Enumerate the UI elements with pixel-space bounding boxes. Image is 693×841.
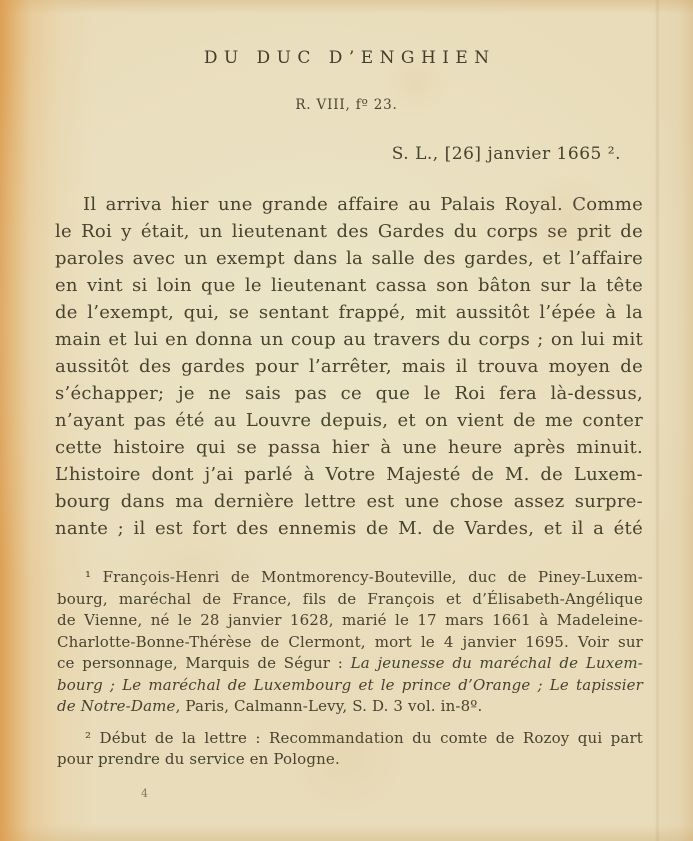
text-line: paroles avec un exempt dans la salle des…: [55, 245, 643, 272]
text-line: de l’exempt, qui, se sentant frappé, mit…: [55, 299, 643, 326]
text-segment: en vint si loin que le lieutenant cassa …: [55, 275, 643, 296]
text-line: nante ; il est fort des ennemis de M. de…: [55, 515, 643, 542]
text-line: de Vienne, né le 28 janvier 1628, marié …: [57, 610, 643, 632]
text-segment: aussitôt des gardes pour l’arrêter, mais…: [55, 356, 643, 377]
text-segment: L’histoire dont j’ai parlé à Votre Majes…: [55, 464, 643, 485]
text-line: de Notre-Dame, Paris, Calmann-Levy, S. D…: [57, 696, 643, 718]
text-line: en vint si loin que le lieutenant cassa …: [55, 272, 643, 299]
text-segment: Il arriva hier une grande affaire au Pal…: [83, 194, 643, 215]
letter-body: Il arriva hier une grande affaire au Pal…: [55, 191, 643, 542]
book-page: DU DUC D’ENGHIEN R. VIII, fº 23. S. L., …: [0, 0, 693, 841]
text-segment: Charlotte-Bonne-Thérèse de Clermont, mor…: [57, 633, 643, 651]
text-line: le Roi y était, un lieutenant des Gardes…: [55, 218, 643, 245]
text-line: ² Début de la lettre : Recommandation du…: [57, 728, 643, 750]
text-line: n’ayant pas été au Louvre depuis, et on …: [55, 407, 643, 434]
text-segment: ce personnage, Marquis de Ségur :: [57, 654, 351, 672]
italic-text-segment: bourg ; Le maréchal de Luxembourg et le …: [57, 676, 643, 694]
italic-text-segment: La jeunesse du maréchal de Luxem-: [351, 654, 643, 672]
text-segment: n’ayant pas été au Louvre depuis, et on …: [55, 410, 643, 431]
text-line: ce personnage, Marquis de Ségur : La jeu…: [57, 653, 643, 675]
text-segment: main et lui en donna un coup au travers …: [55, 329, 643, 350]
footnote-1: ¹ François-Henri de Montmorency-Boutevil…: [57, 567, 643, 718]
text-segment: pour prendre du service en Pologne.: [57, 750, 340, 768]
text-line: s’échapper; je ne sais pas ce que le Roi…: [55, 380, 643, 407]
text-segment: le Roi y était, un lieutenant des Gardes…: [55, 221, 643, 242]
letter-dateline: S. L., [26] janvier 1665 ².: [0, 144, 693, 164]
text-segment: de l’exempt, qui, se sentant frappé, mit…: [55, 302, 643, 323]
page-title: DU DUC D’ENGHIEN: [0, 0, 693, 68]
text-line: pour prendre du service en Pologne.: [57, 749, 643, 771]
footnotes-section: ¹ François-Henri de Montmorency-Boutevil…: [57, 567, 643, 771]
text-line: bourg, maréchal de France, fils de Franç…: [57, 589, 643, 611]
italic-text-segment: de Notre-Dame: [57, 697, 176, 715]
text-line: cette histoire qui se passa hier à une h…: [55, 434, 643, 461]
text-line: bourg dans ma dernière lettre est une ch…: [55, 488, 643, 515]
text-segment: ² Début de la lettre : Recommandation du…: [85, 729, 643, 747]
text-segment: bourg, maréchal de France, fils de Franç…: [57, 590, 643, 608]
text-segment: nante ; il est fort des ennemis de M. de…: [55, 518, 643, 539]
text-segment: , Paris, Calmann-Levy, S. D. 3 vol. in-8…: [176, 697, 483, 715]
text-line: bourg ; Le maréchal de Luxembourg et le …: [57, 675, 643, 697]
text-segment: bourg dans ma dernière lettre est une ch…: [55, 491, 643, 512]
manuscript-reference: R. VIII, fº 23.: [0, 97, 693, 113]
text-segment: de Vienne, né le 28 janvier 1628, marié …: [57, 611, 643, 629]
page-crease: [655, 0, 660, 841]
printers-mark: 4: [141, 787, 148, 800]
text-segment: ¹ François-Henri de Montmorency-Boutevil…: [85, 568, 643, 586]
text-line: Charlotte-Bonne-Thérèse de Clermont, mor…: [57, 632, 643, 654]
text-line: Il arriva hier une grande affaire au Pal…: [55, 191, 643, 218]
footnote-2: ² Début de la lettre : Recommandation du…: [57, 728, 643, 771]
text-segment: s’échapper; je ne sais pas ce que le Roi…: [55, 383, 643, 404]
text-segment: cette histoire qui se passa hier à une h…: [55, 437, 643, 458]
text-line: ¹ François-Henri de Montmorency-Boutevil…: [57, 567, 643, 589]
text-segment: paroles avec un exempt dans la salle des…: [55, 248, 643, 269]
text-line: aussitôt des gardes pour l’arrêter, mais…: [55, 353, 643, 380]
text-line: main et lui en donna un coup au travers …: [55, 326, 643, 353]
text-line: L’histoire dont j’ai parlé à Votre Majes…: [55, 461, 643, 488]
